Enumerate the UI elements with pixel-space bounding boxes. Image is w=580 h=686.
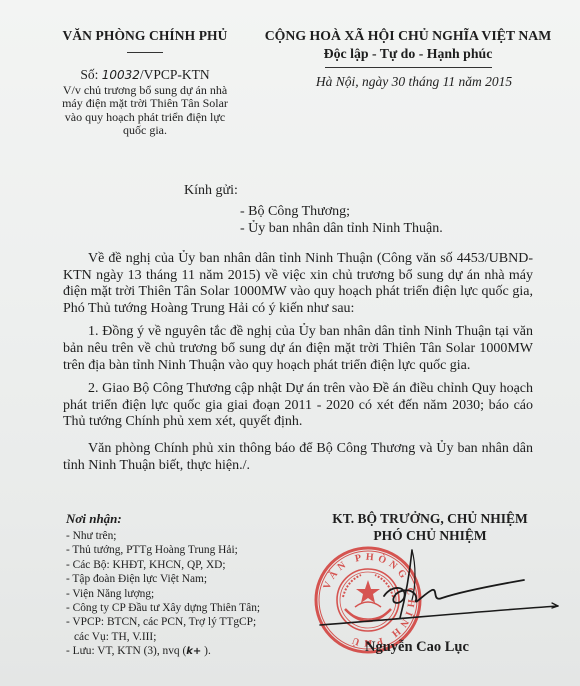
addressee-item: - Ủy ban nhân dân tỉnh Ninh Thuận.	[240, 220, 443, 237]
doc-number-label: Số:	[80, 67, 101, 82]
doc-number-code: /VPCP-KTN	[140, 67, 210, 82]
national-header: CỘNG HOÀ XÃ HỘI CHỦ NGHĨA VIỆT NAM Độc l…	[238, 28, 578, 90]
addressee-list: - Bộ Công Thương; - Ủy ban nhân dân tỉnh…	[240, 203, 443, 237]
subject-line: V/v chủ trương bổ sung dự án nhà	[40, 84, 250, 97]
handwritten-signature-icon	[300, 540, 560, 630]
signer-authority: KT. BỘ TRƯỞNG, CHỦ NHIỆM	[280, 511, 580, 527]
distribution-item-continuation: các Vụ: TH, V.III;	[66, 630, 260, 644]
issuing-agency-header: VĂN PHÒNG CHÍNH PHỦ Số: 10032/VPCP-KTN V…	[40, 28, 250, 137]
national-motto: Độc lập - Tự do - Hạnh phúc	[238, 46, 578, 62]
archive-suffix: ).	[204, 645, 211, 657]
body-paragraph: Về đề nghị của Ủy ban nhân dân tỉnh Ninh…	[63, 251, 533, 317]
archive-handwritten-initials: k+	[186, 646, 201, 657]
distribution-item: - Thủ tướng, PTTg Hoàng Trung Hải;	[66, 543, 260, 557]
distribution-item: - Các Bộ: KHĐT, KHCN, QP, XD;	[66, 558, 260, 572]
addressee-item: - Bộ Công Thương;	[240, 203, 443, 220]
body-paragraph: 2. Giao Bộ Công Thương cập nhật Dự án tr…	[63, 381, 533, 431]
distribution-list: - Như trên; - Thủ tướng, PTTg Hoàng Trun…	[66, 529, 260, 660]
signer-name: Nguyễn Cao Lục	[365, 639, 469, 656]
document-subject: V/v chủ trương bổ sung dự án nhà máy điệ…	[40, 84, 250, 137]
body-paragraph: Văn phòng Chính phủ xin thông báo để Bộ …	[63, 441, 533, 474]
archive-item: - Lưu: VT, KTN (3), nvq (k+ ).	[66, 644, 260, 659]
distribution-item: - Như trên;	[66, 529, 260, 543]
organization-name: VĂN PHÒNG CHÍNH PHỦ	[40, 28, 250, 44]
distribution-title: Nơi nhận:	[66, 511, 122, 527]
distribution-item: - VPCP: BTCN, các PCN, Trợ lý TTgCP;	[66, 615, 260, 629]
document-number: Số: 10032/VPCP-KTN	[40, 67, 250, 83]
distribution-item: - Tập đoàn Điện lực Việt Nam;	[66, 572, 260, 586]
body-paragraph: 1. Đồng ý về nguyên tắc đề nghị của Ủy b…	[63, 324, 533, 374]
archive-text: - Lưu: VT, KTN (3), nvq (	[66, 645, 186, 657]
document-body: Về đề nghị của Ủy ban nhân dân tỉnh Ninh…	[63, 251, 533, 481]
motto-underline	[325, 67, 492, 68]
nation-name: CỘNG HOÀ XÃ HỘI CHỦ NGHĨA VIỆT NAM	[238, 28, 578, 44]
subject-line: quốc gia.	[40, 124, 250, 137]
doc-number-handwritten: 10032	[102, 68, 140, 82]
subject-line: vào quy hoạch phát triển điện lực	[40, 111, 250, 124]
distribution-item: - Viện Năng lượng;	[66, 587, 260, 601]
document-date: Hà Nội, ngày 30 tháng 11 năm 2015	[238, 74, 578, 90]
subject-line: máy điện mặt trời Thiên Tân Solar	[40, 97, 250, 110]
distribution-item: - Công ty CP Đầu tư Xây dựng Thiên Tân;	[66, 601, 260, 615]
header-divider	[127, 52, 163, 53]
addressee-label: Kính gửi:	[184, 183, 238, 199]
